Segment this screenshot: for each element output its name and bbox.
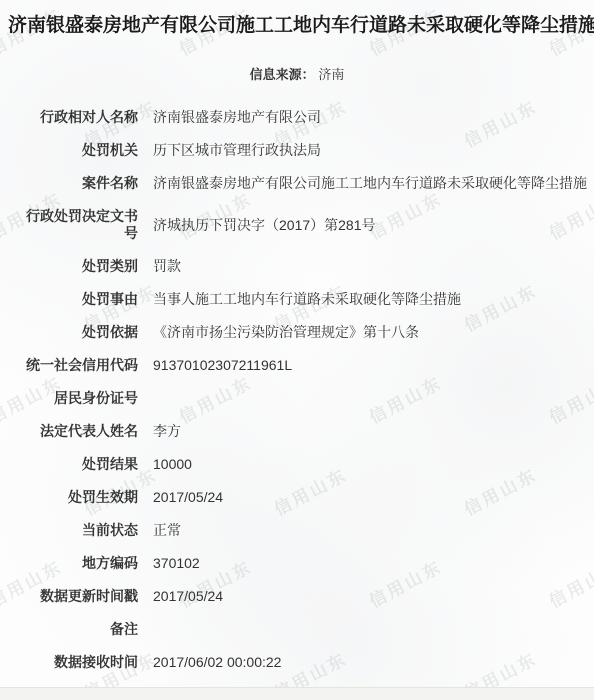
field-row: 处罚机关历下区城市管理行政执法局 bbox=[0, 142, 594, 159]
field-label-text: 行政相对人名称 bbox=[40, 109, 138, 126]
field-label: 处罚依据 bbox=[0, 324, 138, 341]
field-value: 370102 bbox=[153, 555, 200, 572]
field-label-text: 处罚机关 bbox=[82, 142, 138, 159]
field-value: 2017/05/24 bbox=[153, 489, 223, 506]
field-label-text: 备注 bbox=[110, 621, 138, 638]
field-value: 济城执历下罚决字（2017）第281号 bbox=[153, 217, 376, 234]
field-label-text: 数据更新时间戳 bbox=[40, 588, 138, 605]
field-row: 处罚事由当事人施工工地内车行道路未采取硬化等降尘措施 bbox=[0, 291, 594, 308]
fields-list: 行政相对人名称济南银盛泰房地产有限公司处罚机关历下区城市管理行政执法局案件名称济… bbox=[0, 109, 594, 671]
field-label: 数据更新时间戳 bbox=[0, 588, 138, 605]
field-value: 当事人施工工地内车行道路未采取硬化等降尘措施 bbox=[153, 291, 461, 308]
field-value: 91370102307211961L bbox=[153, 357, 292, 374]
field-label-text: 处罚依据 bbox=[82, 324, 138, 341]
field-row: 数据更新时间戳2017/05/24 bbox=[0, 588, 594, 605]
field-value: 2017/05/24 bbox=[153, 588, 223, 605]
field-row: 当前状态正常 bbox=[0, 522, 594, 539]
field-row: 行政处罚决定文书号济城执历下罚决字（2017）第281号 bbox=[0, 208, 594, 242]
info-source-value: 济南 bbox=[318, 67, 344, 82]
field-row: 备注 bbox=[0, 621, 594, 638]
field-row: 居民身份证号 bbox=[0, 390, 594, 407]
page-title: 济南银盛泰房地产有限公司施工工地内车行道路未采取硬化等降尘措施 bbox=[0, 0, 594, 37]
field-label-text: 法定代表人姓名 bbox=[40, 423, 138, 440]
field-label-text: 处罚结果 bbox=[82, 456, 138, 473]
field-label: 行政相对人名称 bbox=[0, 109, 138, 126]
field-label: 统一社会信用代码 bbox=[0, 357, 138, 374]
field-row: 法定代表人姓名李方 bbox=[0, 423, 594, 440]
field-value: 历下区城市管理行政执法局 bbox=[153, 142, 321, 159]
field-value: 罚款 bbox=[153, 258, 181, 275]
field-label-text: 行政处罚决定文书号 bbox=[20, 208, 138, 242]
field-value: 济南银盛泰房地产有限公司 bbox=[153, 109, 321, 126]
field-row: 地方编码370102 bbox=[0, 555, 594, 572]
field-row: 行政相对人名称济南银盛泰房地产有限公司 bbox=[0, 109, 594, 126]
field-label: 处罚结果 bbox=[0, 456, 138, 473]
field-label: 当前状态 bbox=[0, 522, 138, 539]
field-row: 处罚结果10000 bbox=[0, 456, 594, 473]
field-label: 居民身份证号 bbox=[0, 390, 138, 407]
field-label: 案件名称 bbox=[0, 175, 138, 192]
penalty-record-page: 信用山东信用山东信用山东信用山东信用山东信用山东信用山东信用山东信用山东信用山东… bbox=[0, 0, 594, 700]
field-label: 备注 bbox=[0, 621, 138, 638]
field-value: 2017/06/02 00:00:22 bbox=[153, 654, 281, 671]
field-row: 处罚依据《济南市扬尘污染防治管理规定》第十八条 bbox=[0, 324, 594, 341]
field-label-text: 数据接收时间 bbox=[54, 654, 138, 671]
field-label: 数据接收时间 bbox=[0, 654, 138, 671]
field-row: 案件名称济南银盛泰房地产有限公司施工工地内车行道路未采取硬化等降尘措施 bbox=[0, 175, 594, 192]
field-row: 数据接收时间2017/06/02 00:00:22 bbox=[0, 654, 594, 671]
page-content: 济南银盛泰房地产有限公司施工工地内车行道路未采取硬化等降尘措施 信息来源： 济南… bbox=[0, 0, 594, 671]
field-label-text: 案件名称 bbox=[82, 175, 138, 192]
field-label-text: 处罚生效期 bbox=[68, 489, 138, 506]
field-label-text: 统一社会信用代码 bbox=[26, 357, 138, 374]
field-value: 济南银盛泰房地产有限公司施工工地内车行道路未采取硬化等降尘措施 bbox=[153, 175, 587, 192]
field-label: 法定代表人姓名 bbox=[0, 423, 138, 440]
field-row: 统一社会信用代码91370102307211961L bbox=[0, 357, 594, 374]
field-label: 处罚生效期 bbox=[0, 489, 138, 506]
field-value: 《济南市扬尘污染防治管理规定》第十八条 bbox=[153, 324, 419, 341]
field-label-text: 当前状态 bbox=[82, 522, 138, 539]
field-label: 处罚机关 bbox=[0, 142, 138, 159]
field-value: 10000 bbox=[153, 456, 192, 473]
field-label: 处罚类别 bbox=[0, 258, 138, 275]
info-source-label: 信息来源： bbox=[250, 67, 315, 82]
field-label-text: 居民身份证号 bbox=[54, 390, 138, 407]
field-value: 李方 bbox=[153, 423, 181, 440]
field-label: 处罚事由 bbox=[0, 291, 138, 308]
field-row: 处罚生效期2017/05/24 bbox=[0, 489, 594, 506]
field-row: 处罚类别罚款 bbox=[0, 258, 594, 275]
field-label-text: 处罚类别 bbox=[82, 258, 138, 275]
field-label: 地方编码 bbox=[0, 555, 138, 572]
field-label: 行政处罚决定文书号 bbox=[0, 208, 138, 242]
field-label-text: 处罚事由 bbox=[82, 291, 138, 308]
field-value: 正常 bbox=[153, 522, 181, 539]
page-footer-strip bbox=[0, 687, 594, 700]
info-source-line: 信息来源： 济南 bbox=[0, 64, 594, 83]
field-label-text: 地方编码 bbox=[82, 555, 138, 572]
